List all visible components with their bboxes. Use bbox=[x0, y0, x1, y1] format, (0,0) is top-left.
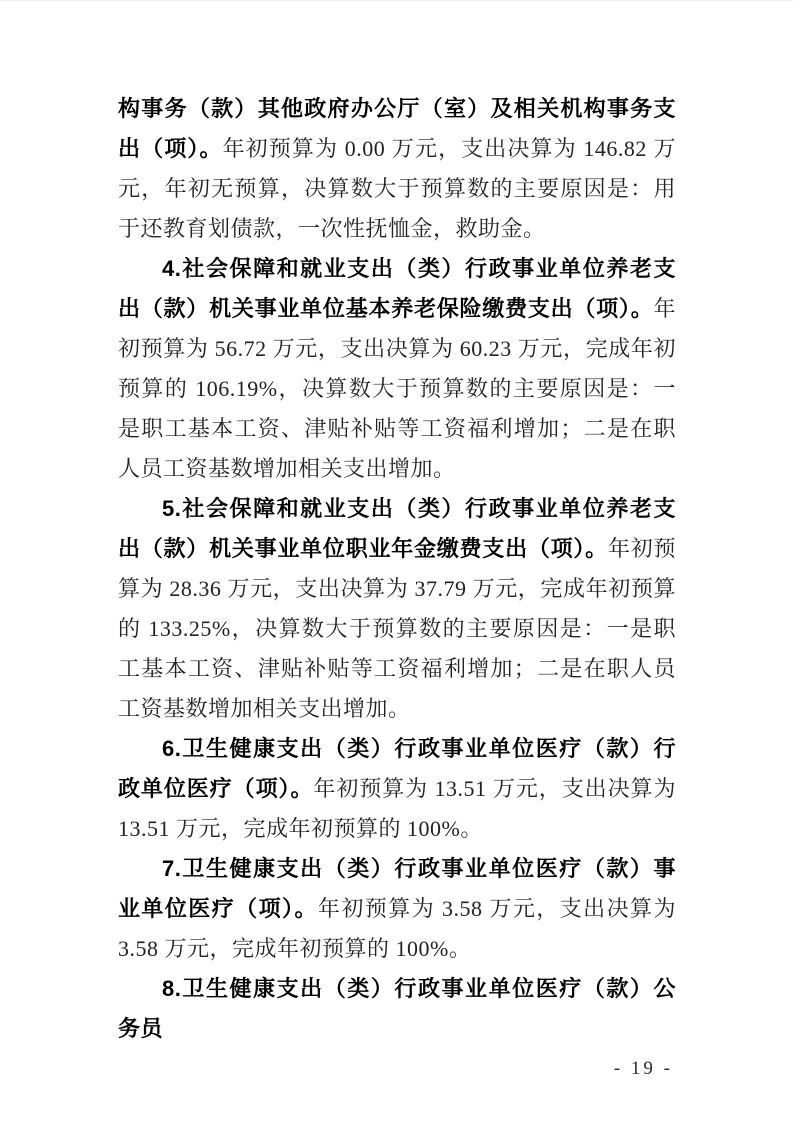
expense-item-5-heading: 5.社会保障和就业支出（类）行政事业单位养老支出（款）机关事业单位职业年金缴费支… bbox=[118, 496, 676, 561]
expense-item-6: 6.卫生健康支出（类）行政事业单位医疗（款）行政单位医疗（项）。年初预算为 13… bbox=[118, 729, 676, 849]
paragraph-continuation: 构事务（款）其他政府办公厅（室）及相关机构事务支出（项）。年初预算为 0.00 … bbox=[118, 89, 676, 249]
expense-item-5: 5.社会保障和就业支出（类）行政事业单位养老支出（款）机关事业单位职业年金缴费支… bbox=[118, 489, 676, 729]
document-page: 构事务（款）其他政府办公厅（室）及相关机构事务支出（项）。年初预算为 0.00 … bbox=[0, 0, 793, 1123]
document-text-block: 构事务（款）其他政府办公厅（室）及相关机构事务支出（项）。年初预算为 0.00 … bbox=[118, 89, 676, 1049]
expense-item-4: 4.社会保障和就业支出（类）行政事业单位养老支出（款）机关事业单位基本养老保险缴… bbox=[118, 249, 676, 489]
expense-item-5-body: 年初预算为 28.36 万元，支出决算为 37.79 万元，完成年初预算的 13… bbox=[118, 536, 676, 721]
page-number: - 19 - bbox=[614, 1056, 673, 1082]
expense-item-4-body: 年初预算为 56.72 万元，支出决算为 60.23 万元，完成年初预算的 10… bbox=[118, 296, 676, 481]
expense-item-8-heading: 8.卫生健康支出（类）行政事业单位医疗（款）公务员 bbox=[118, 976, 676, 1041]
expense-item-8: 8.卫生健康支出（类）行政事业单位医疗（款）公务员 bbox=[118, 969, 676, 1049]
expense-item-4-heading: 4.社会保障和就业支出（类）行政事业单位养老支出（款）机关事业单位基本养老保险缴… bbox=[118, 256, 676, 321]
expense-item-7: 7.卫生健康支出（类）行政事业单位医疗（款）事业单位医疗（项）。年初预算为 3.… bbox=[118, 849, 676, 969]
